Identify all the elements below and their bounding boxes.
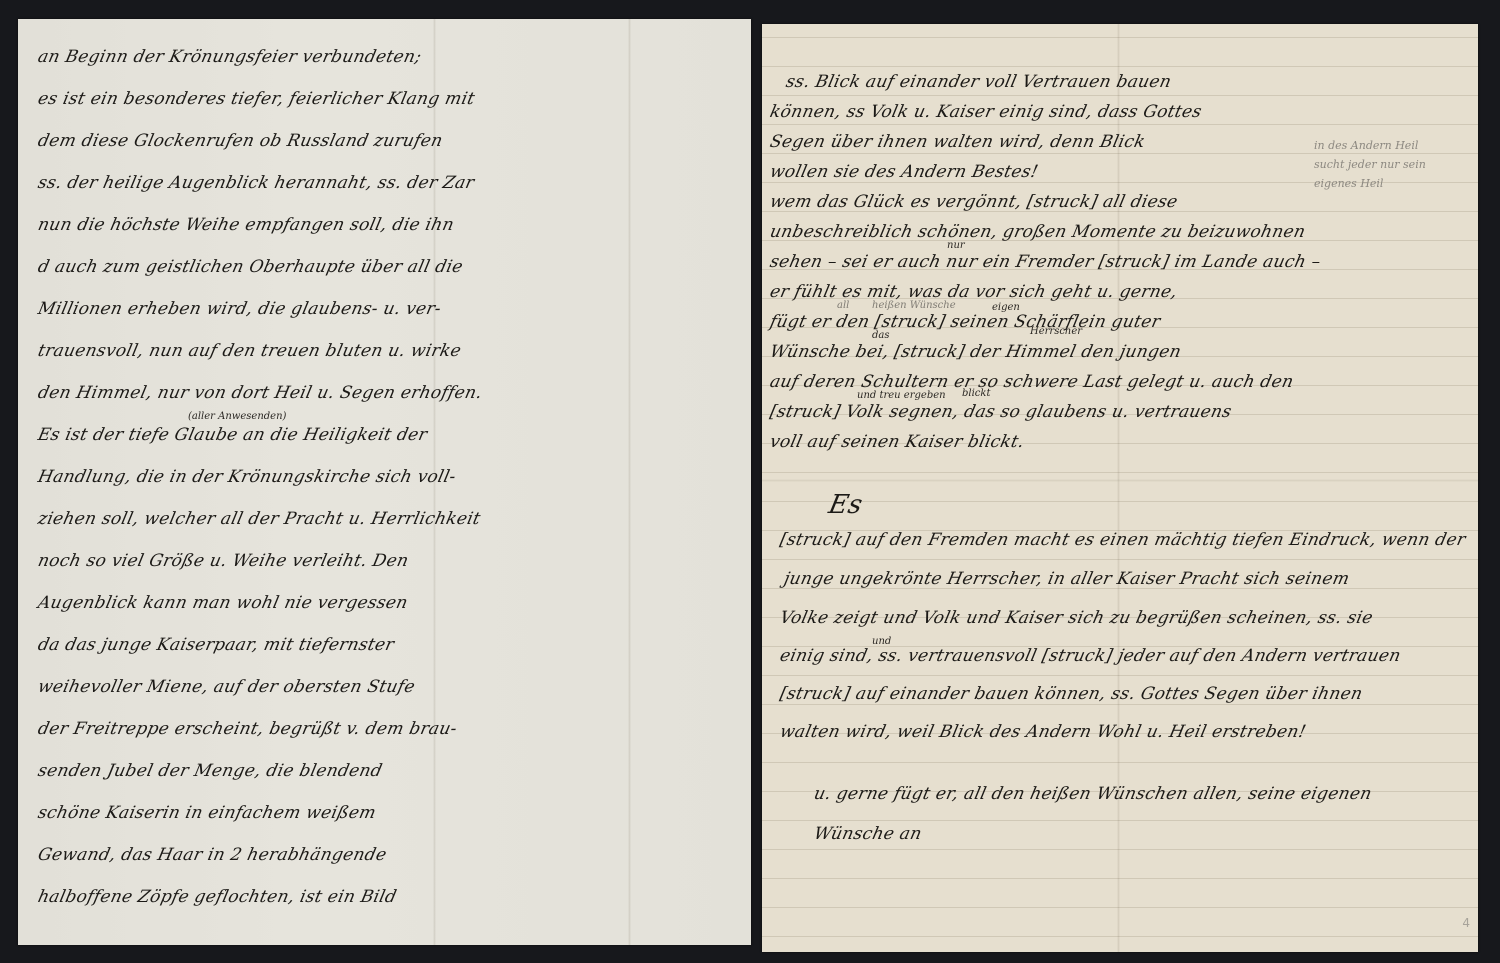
right-manuscript-page: ss. Blick auf einander voll Vertrauen ba… xyxy=(762,24,1478,952)
margin-note-line: in des Andern Heil xyxy=(1314,136,1426,155)
margin-note-line: eigenes Heil xyxy=(1314,174,1426,193)
handwritten-line: den Himmel, nur von dort Heil u. Segen e… xyxy=(36,383,484,403)
handwritten-line: voll auf seinen Kaiser blickt. xyxy=(768,432,1026,452)
handwritten-line: er fühlt es mit, was da vor sich geht u.… xyxy=(768,282,1179,302)
handwritten-line: ziehen soll, welcher all der Pracht u. H… xyxy=(36,509,482,529)
handwritten-line: Volke zeigt und Volk und Kaiser sich zu … xyxy=(778,608,1375,628)
handwritten-line: Segen über ihnen walten wird, denn Blick xyxy=(768,132,1147,152)
handwritten-line: ss. Blick auf einander voll Vertrauen ba… xyxy=(784,72,1173,92)
handwritten-line: [struck] Volk segnen, das so glaubens u.… xyxy=(768,402,1233,422)
handwritten-line: der Freitreppe erscheint, begrüßt v. dem… xyxy=(36,719,459,739)
handwritten-line: weihevoller Miene, auf der obersten Stuf… xyxy=(36,677,417,697)
handwritten-line: da das junge Kaiserpaar, mit tiefernster xyxy=(36,635,396,655)
handwritten-line: Millionen erheben wird, die glaubens- u.… xyxy=(36,299,443,319)
handwritten-line: schöne Kaiserin in einfachem weißem xyxy=(36,803,378,823)
handwritten-line: d auch zum geistlichen Oberhaupte über a… xyxy=(36,257,465,277)
handwritten-line: wem das Glück es vergönnt, [struck] all … xyxy=(768,192,1180,212)
paper-fold-line xyxy=(762,479,1478,482)
handwritten-line: trauensvoll, nun auf den treuen bluten u… xyxy=(36,341,463,361)
margin-note-line: sucht jeder nur sein xyxy=(1314,155,1426,174)
handwritten-line: u. gerne fügt er, all den heißen Wünsche… xyxy=(812,784,1374,804)
pencil-margin-note: in des Andern Heil sucht jeder nur sein … xyxy=(1314,136,1426,193)
handwritten-line: [struck] auf einander bauen können, ss. … xyxy=(778,684,1364,704)
handwritten-line: Handlung, die in der Krönungskirche sich… xyxy=(36,467,458,487)
page-number: 4 xyxy=(1462,916,1470,930)
handwritten-line: dem diese Glockenrufen ob Russland zuruf… xyxy=(36,131,445,151)
insertion-mark: Es xyxy=(826,490,865,520)
interlinear-note: und treu ergeben xyxy=(857,390,946,401)
paper-fold-line xyxy=(1117,24,1120,952)
handwritten-line: halboffene Zöpfe geflochten, ist ein Bil… xyxy=(36,887,398,907)
interlinear-note: nur xyxy=(947,240,965,251)
handwritten-line: ss. der heilige Augenblick herannaht, ss… xyxy=(36,173,476,193)
handwritten-line: fügt er den [struck] seinen Schärflein g… xyxy=(768,312,1162,332)
left-manuscript-page: an Beginn der Krönungsfeier verbundeten;… xyxy=(18,19,751,945)
handwritten-line: Wünsche bei, [struck] der Himmel den jun… xyxy=(768,342,1183,362)
interlinear-note: heißen Wünsche xyxy=(872,300,956,311)
handwritten-line: Es ist der tiefe Glaube an die Heiligkei… xyxy=(36,425,429,445)
handwritten-line: noch so viel Größe u. Weihe verleiht. De… xyxy=(36,551,410,571)
interlinear-note: all xyxy=(837,300,849,311)
handwritten-line: wollen sie des Andern Bestes! xyxy=(768,162,1040,182)
handwritten-line: junge ungekrönte Herrscher, in aller Kai… xyxy=(782,569,1351,589)
handwritten-line: Wünsche an xyxy=(812,824,924,844)
interlinear-note: das xyxy=(872,330,890,341)
handwritten-line: nun die höchste Weihe empfangen soll, di… xyxy=(36,215,456,235)
handwritten-line: walten wird, weil Blick des Andern Wohl … xyxy=(778,722,1308,742)
handwritten-line: an Beginn der Krönungsfeier verbundeten; xyxy=(36,47,423,67)
interlinear-note: blickt xyxy=(962,388,990,399)
handwritten-line: sehen – sei er auch nur ein Fremder [str… xyxy=(768,252,1323,272)
handwritten-line: unbeschreiblich schönen, großen Momente … xyxy=(768,222,1307,242)
handwritten-line: Augenblick kann man wohl nie vergessen xyxy=(36,593,410,613)
handwritten-line: senden Jubel der Menge, die blendend xyxy=(36,761,384,781)
interlinear-note: Herrscher xyxy=(1030,326,1082,337)
handwritten-line: Gewand, das Haar in 2 herabhängende xyxy=(36,845,389,865)
handwritten-line: es ist ein besonderes tiefer, feierliche… xyxy=(36,89,477,109)
handwritten-line: einig sind, ss. vertrauensvoll [struck] … xyxy=(778,646,1403,666)
paper-fold-line xyxy=(628,19,631,945)
handwritten-line: auf deren Schultern er so schwere Last g… xyxy=(768,372,1295,392)
handwritten-line: [struck] auf den Fremden macht es einen … xyxy=(778,530,1467,550)
interlinear-note: (aller Anwesenden) xyxy=(188,411,286,422)
handwritten-line: können, ss Volk u. Kaiser einig sind, da… xyxy=(768,102,1204,122)
